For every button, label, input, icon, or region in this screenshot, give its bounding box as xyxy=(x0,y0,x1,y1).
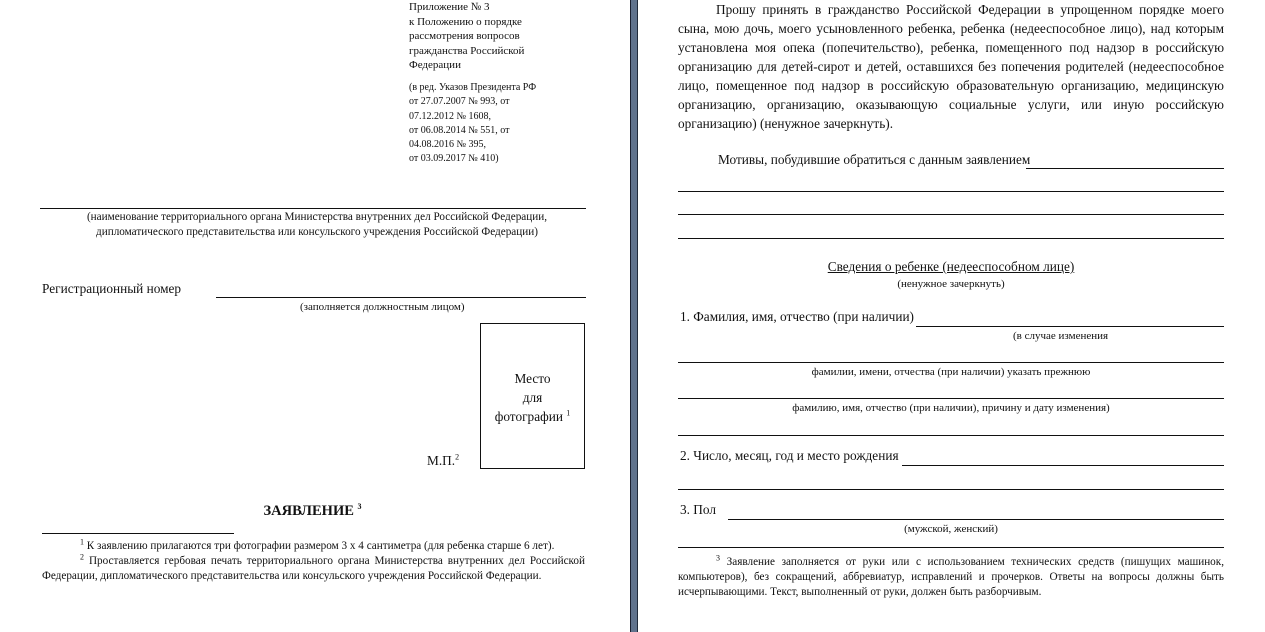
amendments-note: (в ред. Указов Президента РФ от 27.07.20… xyxy=(409,81,609,167)
footnote-ref: 1 xyxy=(566,409,570,418)
footnote-ref: 1 xyxy=(80,537,84,546)
appendix-line: гражданства Российской xyxy=(409,44,609,59)
registration-number-caption: (заполняется должностным лицом) xyxy=(300,301,465,313)
appendix-line: Приложение № 3 xyxy=(409,0,609,15)
footnote-ref: 2 xyxy=(80,552,84,561)
motives-field-line[interactable] xyxy=(678,191,1224,192)
full-name-change-field[interactable] xyxy=(678,398,1224,399)
field-caption: фамилии, имени, отчества (при наличии) у… xyxy=(678,366,1224,378)
registration-number-field[interactable] xyxy=(216,297,586,298)
field-caption: (в случае изменения xyxy=(1013,330,1108,342)
question-sex-label: 3. Пол xyxy=(680,502,716,518)
photo-label-line: фотографии xyxy=(495,409,563,424)
sex-field[interactable] xyxy=(728,519,1224,520)
footnote-ref: 3 xyxy=(358,502,362,511)
footnotes-left: 1 К заявлению прилагаются три фотографии… xyxy=(42,539,585,584)
authority-caption: (наименование территориального органа Ми… xyxy=(62,210,572,240)
appendix-line: Федерации xyxy=(409,58,609,73)
page-divider xyxy=(630,0,638,632)
appendix-header: Приложение № 3 к Положению о порядке рас… xyxy=(409,0,609,73)
birth-date-place-field-line[interactable] xyxy=(678,489,1224,490)
footnote-separator xyxy=(42,533,234,534)
question-birth-label: 2. Число, месяц, год и место рождения xyxy=(680,448,899,464)
footnote-ref: 3 xyxy=(716,553,720,562)
stamp-label: М.П. xyxy=(427,453,455,468)
motives-label: Мотивы, побудившие обратиться с данным з… xyxy=(718,152,1030,168)
amendment-line: от 06.08.2014 № 551, от xyxy=(409,124,609,138)
title-text: ЗАЯВЛЕНИЕ xyxy=(263,503,353,519)
appendix-line: к Положению о порядке xyxy=(409,15,609,30)
registration-number-label: Регистрационный номер xyxy=(42,281,181,297)
amendment-line: (в ред. Указов Президента РФ xyxy=(409,81,609,95)
footnote-text: Заявление заполняется от руки или с испо… xyxy=(678,556,1224,598)
footnote-ref: 2 xyxy=(455,453,459,462)
full-name-change-field[interactable] xyxy=(678,362,1224,363)
stamp-place: М.П.2 xyxy=(427,453,459,469)
request-text: Прошу принять в гражданство Российской Ф… xyxy=(678,0,1224,133)
section-title-text: Сведения о ребенке (недееспособном лице) xyxy=(828,259,1075,274)
field-caption: фамилию, имя, отчество (при наличии), пр… xyxy=(678,402,1224,414)
photo-label-line: Место xyxy=(480,369,585,388)
birth-date-place-field[interactable] xyxy=(902,465,1224,466)
amendment-line: от 27.07.2007 № 993, от xyxy=(409,95,609,109)
footnote-text: Проставляется гербовая печать территориа… xyxy=(42,555,585,582)
amendment-line: от 03.09.2017 № 410) xyxy=(409,152,609,166)
footnote-text: К заявлению прилагаются три фотографии р… xyxy=(87,540,555,552)
motives-field-line[interactable] xyxy=(678,238,1224,239)
footnote: 1 К заявлению прилагаются три фотографии… xyxy=(42,539,585,554)
photo-placeholder-label: Место для фотографии 1 xyxy=(480,369,585,426)
footnote: 2 Проставляется гербовая печать территор… xyxy=(42,554,585,584)
photo-label-line: для xyxy=(480,388,585,407)
request-paragraph: Прошу принять в гражданство Российской Ф… xyxy=(678,0,1224,133)
section-title: Сведения о ребенке (недееспособном лице) xyxy=(678,259,1224,275)
authority-field-line[interactable] xyxy=(40,208,586,209)
section-subtitle: (ненужное зачеркнуть) xyxy=(678,278,1224,290)
appendix-line: рассмотрения вопросов xyxy=(409,29,609,44)
motives-field[interactable] xyxy=(1026,168,1224,169)
footnote-right: 3 Заявление заполняется от руки или с ис… xyxy=(678,555,1224,600)
field-caption: (мужской, женский) xyxy=(678,523,1224,535)
document-title: ЗАЯВЛЕНИЕ 3 xyxy=(40,503,585,520)
amendment-line: 04.08.2016 № 395, xyxy=(409,138,609,152)
amendment-line: 07.12.2012 № 1608, xyxy=(409,110,609,124)
motives-field-line[interactable] xyxy=(678,214,1224,215)
full-name-change-field[interactable] xyxy=(678,435,1224,436)
question-full-name-label: 1. Фамилия, имя, отчество (при наличии) xyxy=(680,309,914,325)
footnote-separator xyxy=(678,547,1224,548)
full-name-field[interactable] xyxy=(916,326,1224,327)
